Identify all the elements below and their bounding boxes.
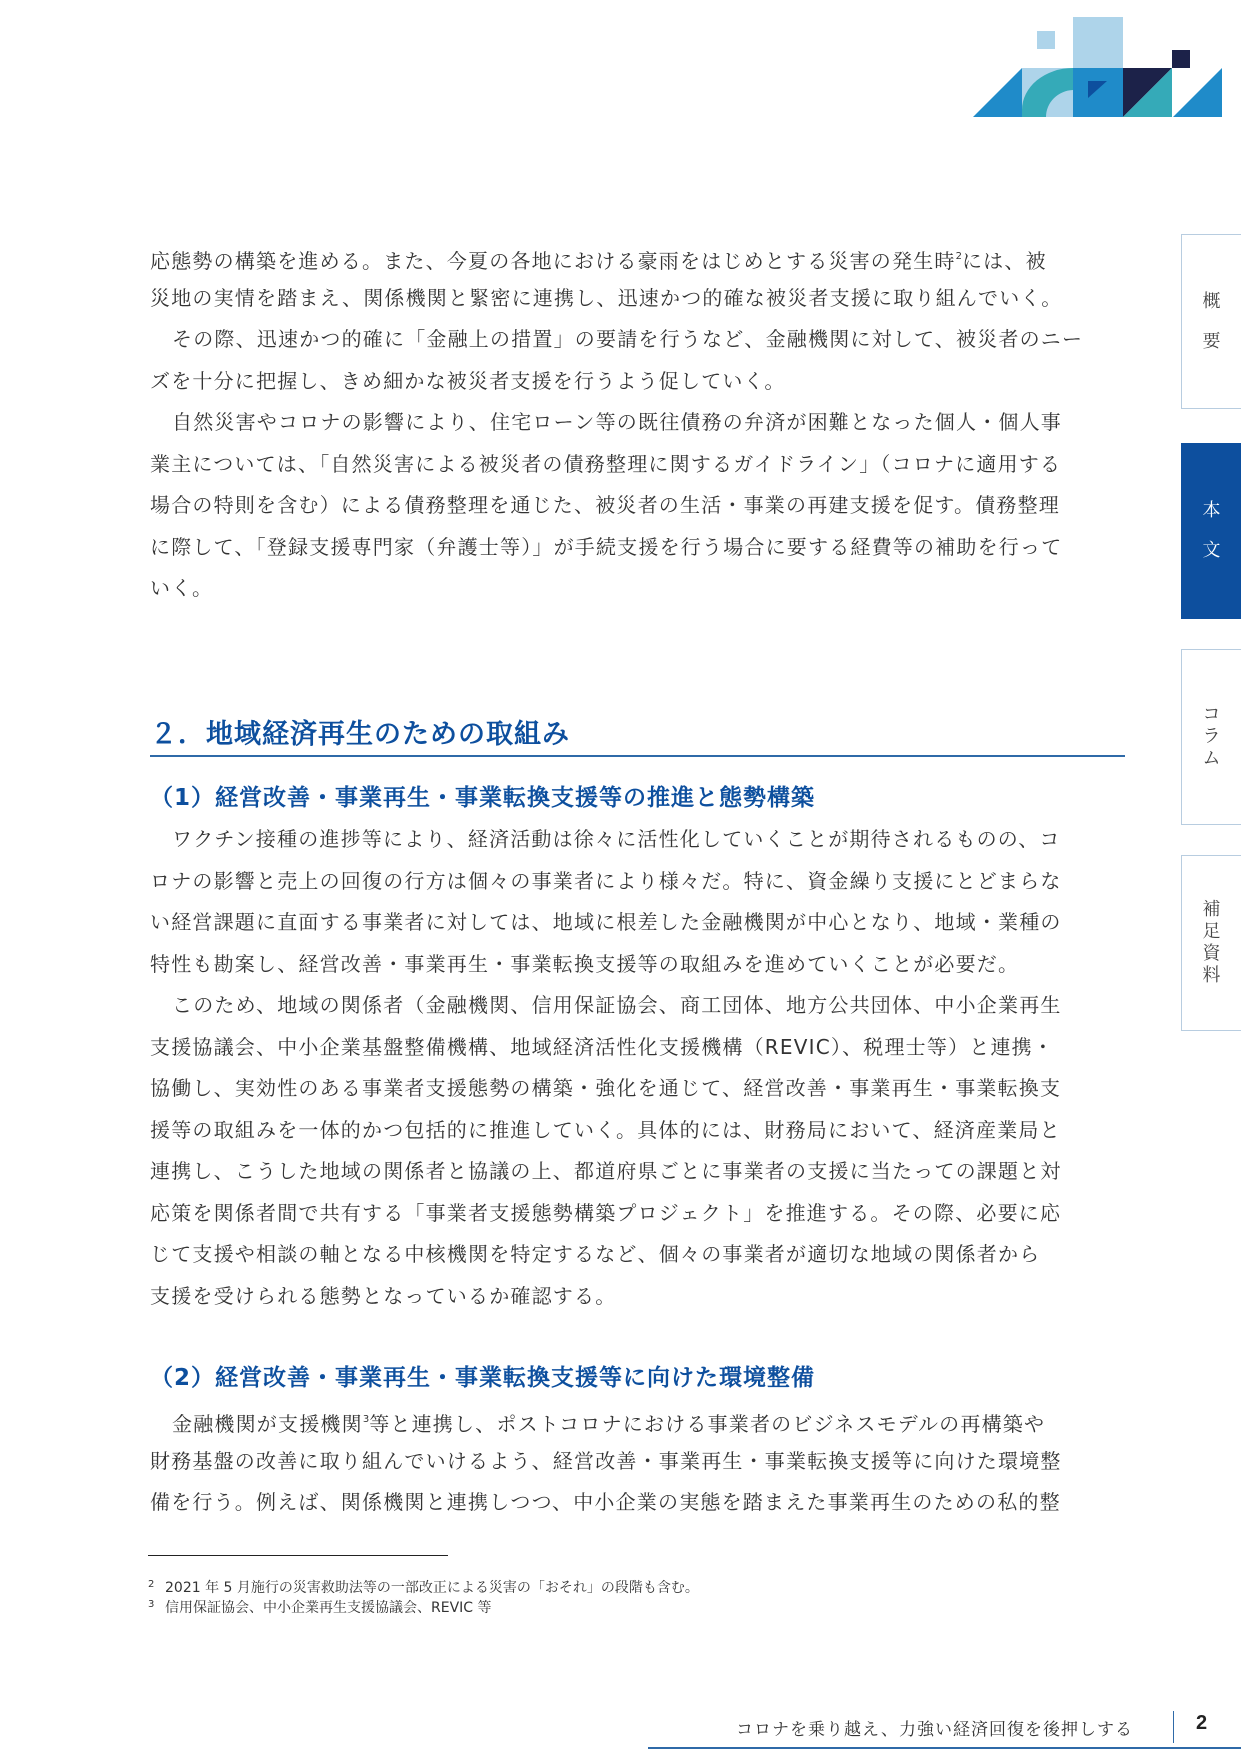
side-tab-char: 足 [1203, 921, 1221, 943]
side-tab-overview[interactable]: 概 要 [1181, 234, 1241, 409]
paragraph-debt-restructuring: 自然災害やコロナの影響により、住宅ローン等の既往債務の弁済が困難となった個人・個… [150, 402, 1125, 610]
paragraph-regional-stakeholders: このため、地域の関係者（金融機関、信用保証協会、商工団体、地方公共団体、中小企業… [150, 985, 1125, 1317]
subsection-heading: （2）経営改善・事業再生・事業転換支援等に向けた環境整備 [150, 1357, 1125, 1399]
paragraph-disaster-response: 応態勢の構築を進める。また、今夏の各地における豪雨をはじめとする災害の発生時2に… [150, 236, 1125, 319]
side-tab-column[interactable]: コ ラ ム [1181, 649, 1241, 825]
side-tab-supplementary[interactable]: 補 足 資 料 [1181, 855, 1241, 1031]
page-number: 2 [1196, 1712, 1207, 1735]
side-tab-char: コ [1203, 704, 1221, 726]
side-tab-char: 資 [1203, 943, 1221, 965]
decorative-geometric-logo [950, 0, 1241, 140]
footnote-3: 3信用保証協会、中小企業再生支援協議会、REVIC 等 [148, 1595, 699, 1615]
paragraph-business-support: ワクチン接種の進捗等により、経済活動は徐々に活性化していくことが期待されるものの… [150, 819, 1125, 985]
side-tab-main-text[interactable]: 本 文 [1181, 443, 1241, 619]
section-heading: ２．地域経済再生のための取組み [150, 712, 1125, 757]
footer-title: コロナを乗り越え、力強い経済回復を後押しする [736, 1715, 1133, 1740]
intro-section: 応態勢の構築を進める。また、今夏の各地における豪雨をはじめとする災害の発生時2に… [150, 236, 1125, 610]
side-tab-char: 料 [1203, 965, 1221, 987]
side-tab-char: 要 [1203, 322, 1221, 362]
side-tab-char: 文 [1203, 531, 1221, 571]
subsection-heading: （1）経営改善・事業再生・事業転換支援等の推進と態勢構築 [150, 777, 1125, 819]
subsection-1: （1）経営改善・事業再生・事業転換支援等の推進と態勢構築 ワクチン接種の進捗等に… [150, 777, 1125, 1317]
paragraph-financial-measures: その際、迅速かつ的確に「金融上の措置」の要請を行うなど、金融機関に対して、被災者… [150, 319, 1125, 402]
paragraph-environment-development: 金融機関が支援機関3等と連携し、ポストコロナにおける事業者のビジネスモデルの再構… [150, 1399, 1125, 1524]
page-footer: コロナを乗り越え、力強い経済回復を後押しする 2 [648, 1713, 1241, 1749]
footnotes: 22021 年 5 月施行の災害救助法等の一部改正による災害の「おそれ」の段階も… [148, 1575, 699, 1615]
side-tab-char: 補 [1203, 899, 1221, 921]
side-tab-char: 概 [1203, 282, 1221, 322]
footer-divider [1173, 1711, 1174, 1743]
footnote-2: 22021 年 5 月施行の災害救助法等の一部改正による災害の「おそれ」の段階も… [148, 1575, 699, 1595]
side-tab-char: ム [1203, 748, 1221, 770]
subsection-2: （2）経営改善・事業再生・事業転換支援等に向けた環境整備 金融機関が支援機関3等… [150, 1357, 1125, 1524]
side-tab-char: 本 [1203, 491, 1221, 531]
side-tab-char: ラ [1203, 726, 1221, 748]
footnote-divider [148, 1555, 448, 1556]
